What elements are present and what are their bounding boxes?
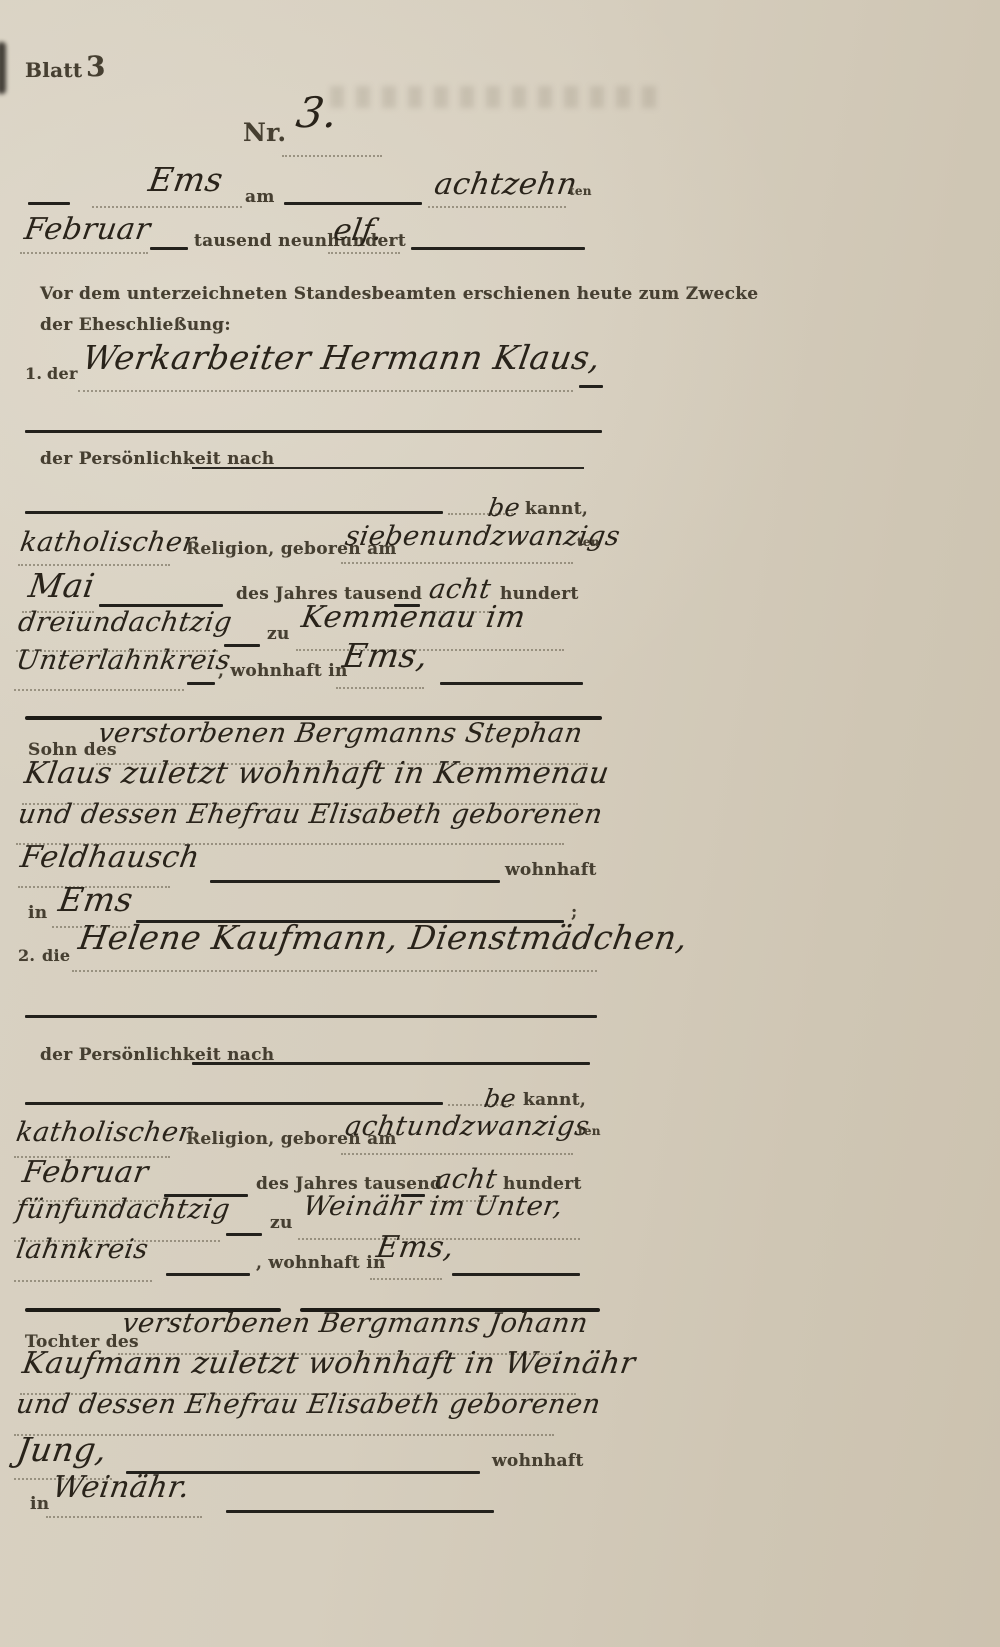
bride-wohnhaft-label: , wohnhaft in xyxy=(256,1253,386,1273)
fill-rule xyxy=(187,682,215,685)
bride-birth-place: Weinähr im Unter, xyxy=(301,1191,565,1222)
record-number-value: 3. xyxy=(293,88,342,137)
fill-rule xyxy=(25,511,443,514)
sheet-label: Blatt xyxy=(25,58,82,82)
scan-edge-mark xyxy=(0,42,6,94)
bride-birth-year: fünfundachtzig xyxy=(14,1194,232,1225)
groom-be-hand: be xyxy=(486,493,522,522)
bride-birth-place-cont: lahnkreis xyxy=(14,1234,151,1265)
groom-wohnhaft2-label: wohnhaft xyxy=(505,860,597,880)
groom-father-line1: verstorbenen Bergmanns Stephan xyxy=(96,718,585,749)
registry-month: Februar xyxy=(22,212,153,247)
am-label: am xyxy=(245,187,275,207)
bride-name: Helene Kaufmann, Dienstmädchen, xyxy=(76,918,691,957)
bride-parents-residence: Weinähr. xyxy=(50,1470,192,1505)
sheet-number: 3 xyxy=(86,50,106,83)
fill-rule xyxy=(25,1102,443,1105)
bride-article: die xyxy=(42,946,70,965)
fill-line xyxy=(336,687,424,689)
bride-religion: katholischer xyxy=(14,1117,194,1148)
bride-index: 2. xyxy=(18,946,35,965)
day-suffix: ten xyxy=(569,184,592,198)
groom-birth-year: dreiundachtzig xyxy=(16,607,234,638)
groom-index: 1. xyxy=(25,364,42,383)
intro-line-1: Vor dem unterzeichneten Standesbeamten e… xyxy=(40,284,758,304)
fill-line xyxy=(72,970,597,972)
groom-mother-name: Feldhausch xyxy=(18,840,202,875)
fill-rule xyxy=(166,1273,250,1276)
fill-line xyxy=(78,390,573,392)
fill-rule xyxy=(452,1273,580,1276)
bride-wohnhaft2-label: wohnhaft xyxy=(492,1451,584,1471)
fill-line xyxy=(14,689,184,691)
bride-mother-line: und dessen Ehefrau Elisabeth geborenen xyxy=(14,1389,603,1420)
groom-name: Werkarbeiter Hermann Klaus, xyxy=(80,338,604,377)
scanned-registry-page: Blatt 3 Nr. 3. Ems am achtzehn ten Febru… xyxy=(0,0,1000,1647)
registry-day: achtzehn xyxy=(432,167,580,202)
fill-line xyxy=(296,649,564,651)
groom-residence: Ems, xyxy=(340,636,431,675)
groom-father-line2: Klaus zuletzt wohnhaft in Kemmenau xyxy=(22,756,612,791)
bride-day-suffix: ten xyxy=(578,1124,601,1138)
fill-line xyxy=(341,1153,573,1155)
fill-line xyxy=(370,1278,442,1280)
registry-year: elf. xyxy=(331,213,385,248)
fill-rule xyxy=(440,682,583,685)
fill-line xyxy=(20,252,148,254)
bride-father-line1: verstorbenen Bergmanns Johann xyxy=(120,1308,590,1339)
groom-mother-line: und dessen Ehefrau Elisabeth geborenen xyxy=(16,799,605,830)
fill-rule xyxy=(28,202,70,205)
fill-rule xyxy=(579,385,603,388)
bride-mother-name: Jung, xyxy=(14,1430,110,1469)
fill-line xyxy=(46,1516,202,1518)
groom-parents-residence: Ems xyxy=(56,880,136,919)
fill-rule xyxy=(192,467,584,469)
bride-birth-month: Februar xyxy=(20,1155,151,1190)
groom-kannt-label: kannt, xyxy=(525,499,588,519)
fill-rule xyxy=(210,880,500,883)
groom-persoenlichkeit-label: der Persönlichkeit nach xyxy=(40,449,274,469)
groom-birth-place: Kemmenau im xyxy=(299,600,528,635)
fill-rule xyxy=(150,247,188,250)
bride-zu-label: zu xyxy=(270,1213,293,1233)
fill-line xyxy=(428,206,566,208)
record-number-label: Nr. xyxy=(243,118,286,147)
bride-residence: Ems, xyxy=(374,1230,457,1265)
fill-rule xyxy=(411,247,585,250)
registry-place: Ems xyxy=(146,160,226,199)
fill-rule xyxy=(226,1233,262,1236)
groom-birth-place-cont: Unterlahnkreis xyxy=(14,645,233,676)
groom-article: der xyxy=(47,364,78,383)
bride-kannt-label: kannt, xyxy=(523,1090,586,1110)
fill-rule xyxy=(192,1062,590,1065)
groom-zu-label: zu xyxy=(267,624,290,644)
fill-line xyxy=(92,206,242,208)
fill-line xyxy=(282,155,382,157)
bride-father-line2: Kaufmann zuletzt wohnhaft in Weinähr xyxy=(20,1346,638,1381)
bride-be-hand: be xyxy=(482,1084,518,1113)
groom-day-suffix: ten xyxy=(577,535,600,549)
groom-birth-month: Mai xyxy=(26,566,98,605)
groom-in-label: in xyxy=(28,903,47,923)
bride-birth-day: achtundzwanzigs xyxy=(343,1111,592,1142)
bride-in-label: in xyxy=(30,1494,49,1514)
groom-wohnhaft-label: , wohnhaft in xyxy=(218,661,348,681)
groom-religion: katholischer xyxy=(18,527,198,558)
fill-rule xyxy=(226,1510,494,1513)
fill-line xyxy=(341,562,573,564)
section-rule xyxy=(25,1015,597,1018)
fill-line xyxy=(14,1280,152,1282)
intro-line-2: der Eheschließung: xyxy=(40,315,231,335)
fill-rule xyxy=(284,202,422,205)
fill-line xyxy=(328,252,400,254)
ink-bleed-through xyxy=(330,86,660,108)
section-rule xyxy=(25,430,602,433)
